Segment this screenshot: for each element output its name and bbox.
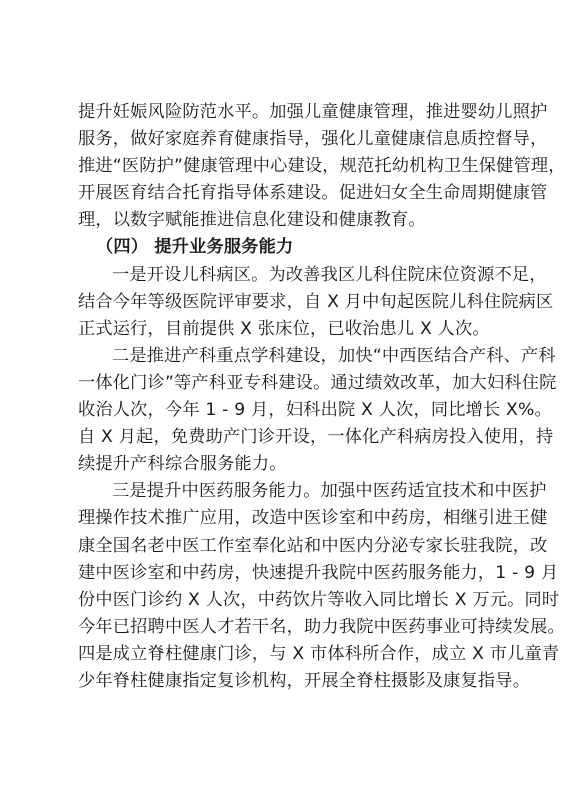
text-line: 结合今年等级医院评审要求，自 X 月中旬起医院儿科住院病区: [78, 289, 490, 316]
text-line: 建中医诊室和中药房，快速提升我院中医药服务能力，1 - 9 月: [78, 560, 490, 587]
paragraph-start-line: 三是提升中医药服务能力。加强中医药适宜技术和中医护: [78, 478, 490, 505]
text-line: 服务，做好家庭养育健康指导，强化儿童健康信息质控督导，: [78, 126, 490, 153]
text-line: 一体化门诊”等产科亚专科建设。通过绩效改革，加大妇科住院: [78, 370, 490, 397]
document-page: 提升妊娠风险防范水平。加强儿童健康管理，推进婴幼儿照护 服务，做好家庭养育健康指…: [78, 99, 490, 695]
paragraph-start-line: 一是开设儿科病区。为改善我区儿科住院床位资源不足，: [78, 262, 490, 289]
text-line: 四是成立脊柱健康门诊，与 X 市体科所合作，成立 X 市儿童青: [78, 641, 490, 668]
text-line: 推进“医防护”健康管理中心建设，规范托幼机构卫生保健管理，: [78, 153, 490, 180]
text-line: 康全国名老中医工作室奉化站和中医内分泌专家长驻我院，改: [78, 533, 490, 560]
text-line: 收治人次，今年 1 - 9 月，妇科出院 X 人次，同比增长 X%。: [78, 397, 490, 424]
paragraph-start-line: 二是推进产科重点学科建设，加快“中西医结合产科、产科: [78, 343, 490, 370]
text-line: 理，以数字赋能推进信息化建设和健康教育。: [78, 207, 490, 234]
text-line: 自 X 月起，免费助产门诊开设，一体化产科病房投入使用，持: [78, 424, 490, 451]
text-line: 理操作技术推广应用，改造中医诊室和中药房，相继引进王健: [78, 505, 490, 532]
text-line: 提升妊娠风险防范水平。加强儿童健康管理，推进婴幼儿照护: [78, 99, 490, 126]
text-line: 今年已招聘中医人才若干名，助力我院中医药事业可持续发展。: [78, 614, 490, 641]
text-line: 续提升产科综合服务能力。: [78, 451, 490, 478]
text-line: 开展医育结合托育指导体系建设。促进妇女全生命周期健康管: [78, 180, 490, 207]
section-heading: （四） 提升业务服务能力: [78, 234, 490, 261]
text-line: 少年脊柱健康指定复诊机构，开展全脊柱摄影及康复指导。: [78, 668, 490, 695]
text-line: 份中医门诊约 X 人次，中药饮片等收入同比增长 X 万元。同时: [78, 587, 490, 614]
text-line: 正式运行，目前提供 X 张床位，已收治患儿 X 人次。: [78, 316, 490, 343]
